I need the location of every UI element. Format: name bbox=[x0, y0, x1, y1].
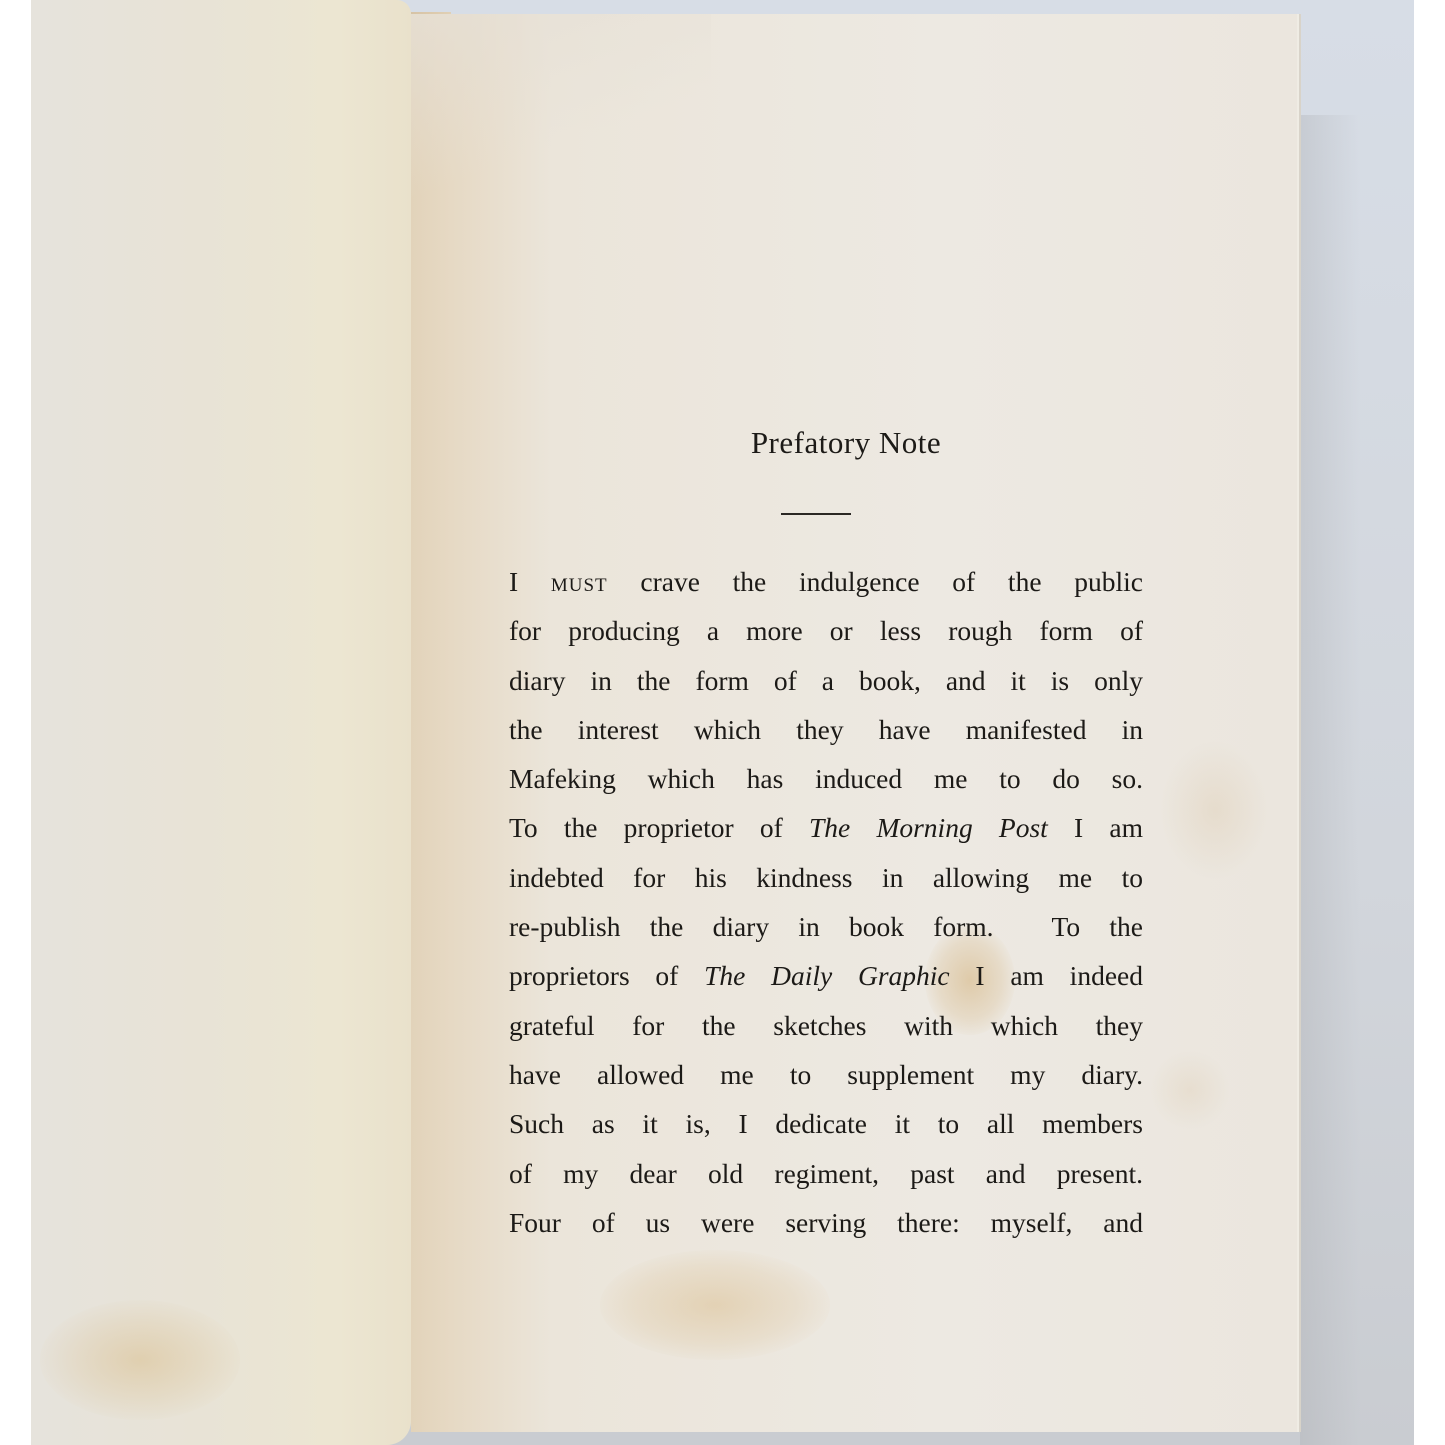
foxing-stain-left bbox=[40, 1300, 240, 1420]
text-line: I MUST crave the indulgence of the publi… bbox=[509, 557, 1143, 606]
text-line: grateful for the sketches with which the… bbox=[509, 1001, 1143, 1050]
title-divider bbox=[781, 513, 851, 515]
page-shade bbox=[411, 14, 711, 214]
foxing-stain bbox=[600, 1250, 830, 1360]
text-line: To the proprietor of The Morning Post I … bbox=[509, 803, 1143, 852]
text-line: diary in the form of a book, and it is o… bbox=[509, 656, 1143, 705]
page-title: Prefatory Note bbox=[509, 420, 1143, 466]
text-line: Mafeking which has induced me to do so. bbox=[509, 754, 1143, 803]
text-line: proprietors of The Daily Graphic I am in… bbox=[509, 951, 1143, 1000]
left-page bbox=[31, 0, 411, 1445]
book-shadow bbox=[1300, 115, 1360, 1445]
foxing-stain bbox=[1150, 1050, 1230, 1130]
book-photo: Prefatory Note I MUST crave the indulgen… bbox=[0, 0, 1445, 1445]
text-line: Four of us were serving there: myself, a… bbox=[509, 1198, 1143, 1247]
prefatory-note-body: I MUST crave the indulgence of the publi… bbox=[509, 557, 1143, 1247]
foxing-stain bbox=[1160, 740, 1270, 880]
text-line: the interest which they have manifested … bbox=[509, 705, 1143, 754]
text-line: of my dear old regiment, past and presen… bbox=[509, 1149, 1143, 1198]
text-line: for producing a more or less rough form … bbox=[509, 606, 1143, 655]
publication-title: The Morning Post bbox=[809, 812, 1048, 843]
text-line: indebted for his kindness in allowing me… bbox=[509, 853, 1143, 902]
text-line: Such as it is, I dedicate it to all memb… bbox=[509, 1099, 1143, 1148]
text-line: have allowed me to supplement my diary. bbox=[509, 1050, 1143, 1099]
publication-title: The Daily Graphic bbox=[704, 960, 950, 991]
page-content: Prefatory Note I MUST crave the indulgen… bbox=[509, 420, 1143, 466]
text-line: re-publish the diary in book form. To th… bbox=[509, 902, 1143, 951]
